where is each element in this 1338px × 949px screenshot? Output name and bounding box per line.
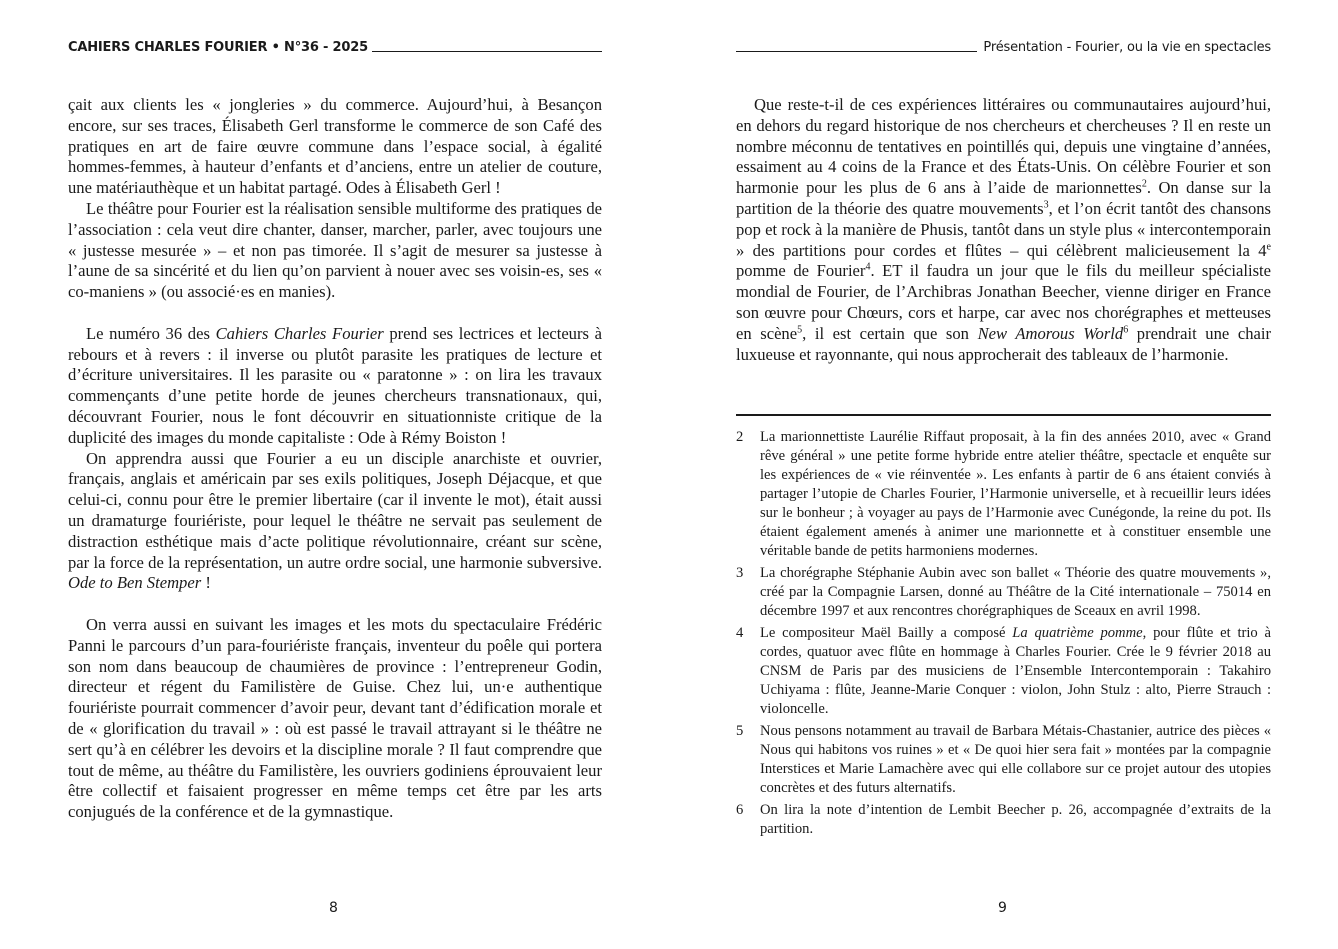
- text-run: !: [201, 573, 211, 592]
- text-run: Le numéro 36 des: [86, 324, 216, 343]
- page-number: 9: [998, 900, 1007, 916]
- italic-title: Cahiers Charles Fourier: [216, 324, 384, 343]
- footnote-number: 6: [736, 801, 760, 839]
- left-page: CAHIERS CHARLES FOURIER • N°36 - 2025 ça…: [0, 0, 669, 949]
- italic-title: La quatrième pomme: [1012, 625, 1142, 641]
- running-header-left: CAHIERS CHARLES FOURIER • N°36 - 2025: [68, 40, 602, 55]
- footnote-number: 3: [736, 564, 760, 621]
- footnote: 4 Le compositeur Maël Bailly a composé L…: [736, 624, 1271, 719]
- paragraph: Le numéro 36 des Cahiers Charles Fourier…: [68, 324, 602, 449]
- header-rule: [372, 51, 602, 52]
- footnote-text: Nous pensons notamment au travail de Bar…: [760, 722, 1271, 798]
- italic-title: New Amorous World: [978, 324, 1124, 343]
- footnote-number: 5: [736, 722, 760, 798]
- right-page: Présentation - Fourier, ou la vie en spe…: [669, 0, 1338, 949]
- page-number: 8: [329, 900, 338, 916]
- footnote-text: La chorégraphe Stéphanie Aubin avec son …: [760, 564, 1271, 621]
- paragraph: çait aux clients les « jongleries » du c…: [68, 95, 602, 199]
- ordinal-superscript: e: [1267, 241, 1271, 252]
- footnote-text: Le compositeur Maël Bailly a composé La …: [760, 624, 1271, 719]
- header-rule: [736, 51, 977, 52]
- footnote-text: On lira la note d’intention de Lembit Be…: [760, 801, 1271, 839]
- text-run: Le compositeur Maël Bailly a composé: [760, 625, 1012, 641]
- paragraph: Que reste-t-il de ces expériences littér…: [736, 95, 1271, 365]
- paragraph: Le théâtre pour Fourier est la réalisati…: [68, 199, 602, 303]
- paragraph: On verra aussi en suivant les images et …: [68, 615, 602, 823]
- paragraph: On apprendra aussi que Fourier a eu un d…: [68, 449, 602, 595]
- footnote-text: La marionnettiste Laurélie Riffaut propo…: [760, 428, 1271, 561]
- section-title: Présentation - Fourier, ou la vie en spe…: [983, 40, 1271, 55]
- footnote: 6 On lira la note d’intention de Lembit …: [736, 801, 1271, 839]
- footnote: 3 La chorégraphe Stéphanie Aubin avec so…: [736, 564, 1271, 621]
- running-header-right: Présentation - Fourier, ou la vie en spe…: [736, 40, 1271, 55]
- body-text-right: Que reste-t-il de ces expériences littér…: [736, 95, 1271, 365]
- footnote: 5 Nous pensons notamment au travail de B…: [736, 722, 1271, 798]
- footnote-separator: [736, 414, 1271, 416]
- footnote-number: 2: [736, 428, 760, 561]
- text-run: , il est certain que son: [802, 324, 977, 343]
- text-run: On apprendra aussi que Fourier a eu un d…: [68, 449, 602, 572]
- body-text-left: çait aux clients les « jongleries » du c…: [68, 95, 602, 823]
- journal-title: CAHIERS CHARLES FOURIER • N°36 - 2025: [68, 40, 368, 55]
- footnote: 2 La marionnettiste Laurélie Riffaut pro…: [736, 428, 1271, 561]
- footnote-number: 4: [736, 624, 760, 719]
- italic-title: Ode to Ben Stemper: [68, 573, 201, 592]
- footnotes: 2 La marionnettiste Laurélie Riffaut pro…: [736, 428, 1271, 842]
- text-run: pomme de Fourier: [736, 261, 865, 280]
